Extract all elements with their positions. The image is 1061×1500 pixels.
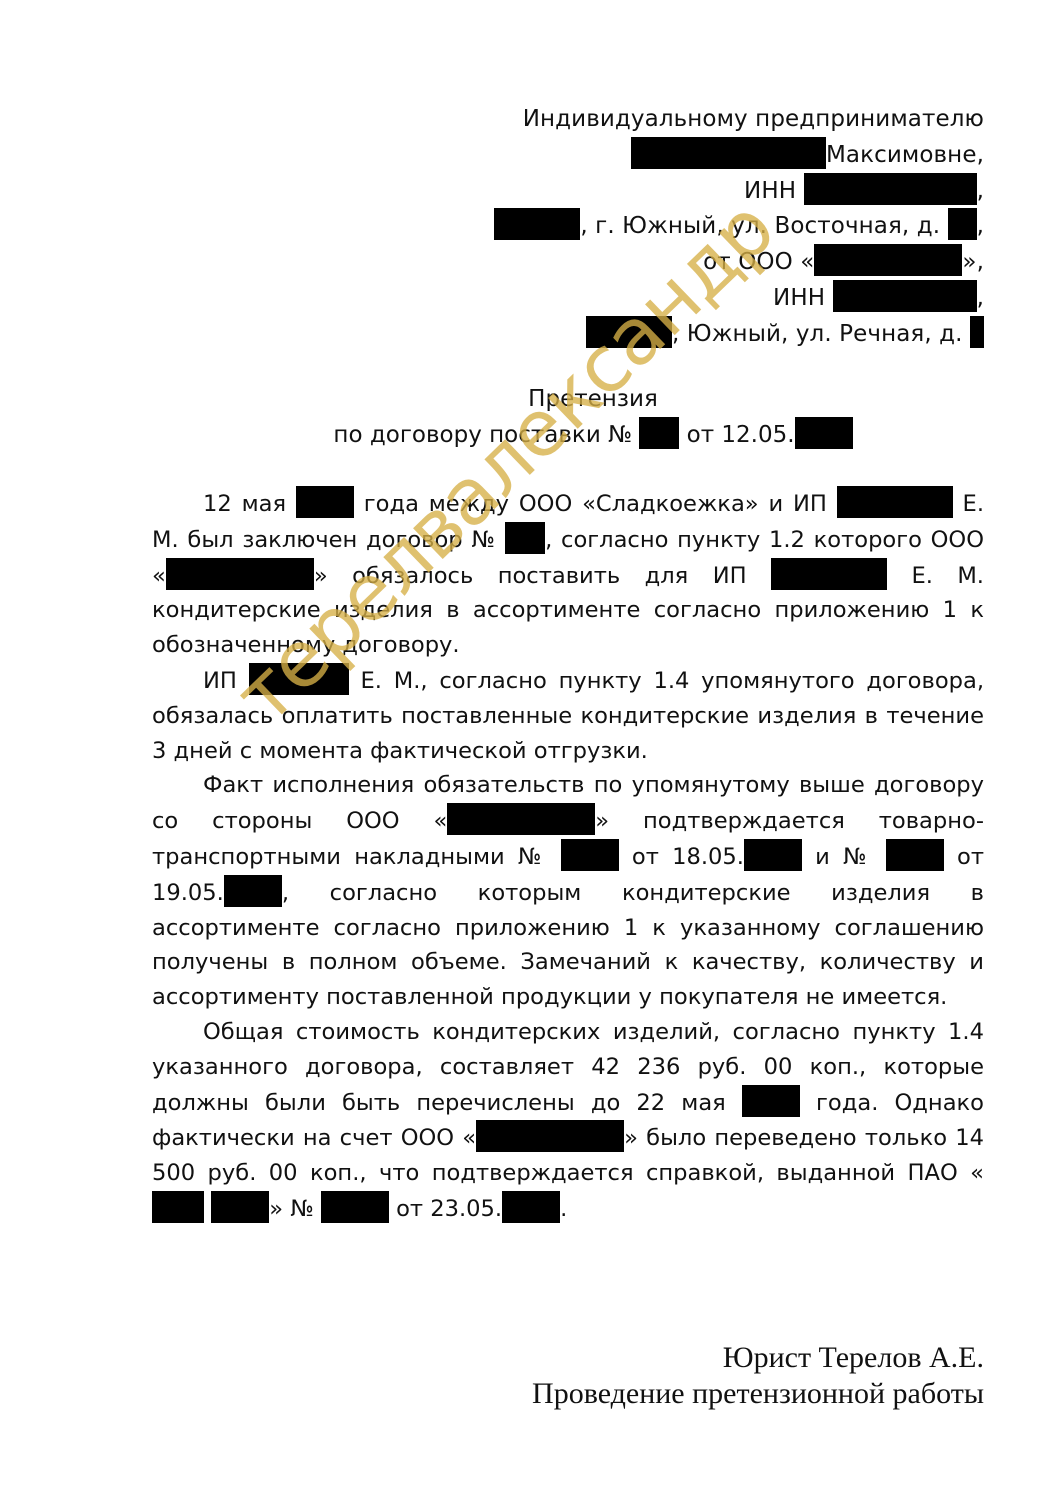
redacted-house-number [948, 208, 977, 240]
claim-heading: Претензия [125, 382, 1061, 417]
paragraph-debt: Общая стоимость кондитерских изделий, со… [152, 1015, 984, 1227]
redacted-inn [804, 173, 977, 205]
text: от 23.05. [396, 1196, 502, 1222]
contract-label: по договору поставки № [333, 422, 632, 448]
addressee-line-4: , г. Южный, ул. Восточная, д. , [424, 208, 984, 244]
sender-address: , Южный, ул. Речная, д. [672, 321, 963, 347]
addressee-line-2: Максимовне, [424, 137, 984, 173]
redacted-bank-name [211, 1191, 269, 1223]
addressee-line-3: ИНН , [424, 173, 984, 209]
redacted-surname [631, 137, 826, 169]
redacted-surname [771, 558, 887, 590]
redacted-company-name [814, 244, 962, 276]
inn-label: ИНН [744, 178, 796, 204]
redacted-postcode [494, 208, 580, 240]
redacted-year [795, 417, 853, 449]
sender-line-1: от ООО «», [424, 244, 984, 280]
punctuation: , [977, 178, 984, 204]
redacted-certificate-number [321, 1191, 389, 1223]
document-page: Индивидуальному предпринимателю Максимов… [0, 0, 1061, 1500]
redacted-bank-name [152, 1191, 204, 1223]
addressee-title: Индивидуальному предпринимателю [523, 106, 984, 132]
text: года между ООО «Сладкоежка» и ИП [364, 491, 827, 517]
signature-service: Проведение претензионной работы [532, 1376, 984, 1412]
redacted-year [502, 1191, 560, 1223]
text: и № [815, 844, 872, 870]
redacted-contract-number [505, 522, 545, 554]
redacted-waybill-number [886, 839, 944, 871]
contract-date: от 12.05. [687, 422, 795, 448]
redacted-inn [833, 280, 977, 312]
paragraph-delivery-fact: Факт исполнения обязательств по упомянут… [152, 768, 984, 1015]
redacted-surname [249, 663, 349, 695]
redacted-company-name [166, 558, 314, 590]
addressee-line-1: Индивидуальному предпринимателю [424, 102, 984, 137]
sender-prefix: от ООО « [703, 249, 814, 275]
redacted-postcode [586, 316, 672, 348]
text: » № [269, 1196, 314, 1222]
claim-body: 12 мая года между ООО «Сладкоежка» и ИП … [152, 486, 984, 1227]
redacted-company-name [447, 803, 595, 835]
addressee-patronymic: Максимовне, [826, 142, 984, 168]
signature-name: Юрист Терелов А.Е. [532, 1340, 984, 1376]
punctuation: , [977, 285, 984, 311]
sender-line-2: ИНН , [424, 280, 984, 316]
redacted-waybill-number [561, 839, 619, 871]
punctuation: », [962, 249, 984, 275]
redacted-company-name [476, 1120, 624, 1152]
claim-title-block: Претензия по договору поставки № от 12.0… [0, 382, 1061, 453]
redacted-year [744, 839, 802, 871]
text: ИП [203, 668, 237, 694]
addressee-address: , г. Южный, ул. Восточная, д. [580, 213, 940, 239]
text: » обязалось поставить для ИП [314, 563, 747, 589]
redacted-surname [837, 486, 953, 518]
signature-block: Юрист Терелов А.Е. Проведение претензион… [532, 1340, 984, 1412]
sender-line-3: , Южный, ул. Речная, д. [424, 316, 984, 352]
text: . [560, 1196, 567, 1222]
redacted-house-number [970, 316, 984, 348]
paragraph-payment-obligation: ИП Е. М., согласно пункту 1.4 упомянутог… [152, 663, 984, 768]
redacted-year [224, 875, 282, 907]
addressee-block: Индивидуальному предпринимателю Максимов… [424, 102, 984, 352]
redacted-contract-number [639, 417, 679, 449]
claim-subheading: по договору поставки № от 12.05. [125, 417, 1061, 453]
inn-label: ИНН [773, 285, 825, 311]
redacted-year [296, 486, 354, 518]
text: от 18.05. [632, 844, 744, 870]
redacted-year [742, 1085, 800, 1117]
paragraph-contract: 12 мая года между ООО «Сладкоежка» и ИП … [152, 486, 984, 663]
punctuation: , [977, 213, 984, 239]
text: 12 мая [203, 491, 286, 517]
